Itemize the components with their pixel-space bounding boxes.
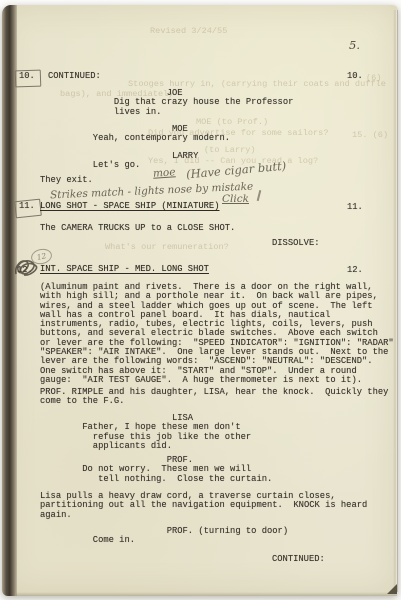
dialogue-lisa: LISA Father, I hope these men don't refu… [40,414,251,451]
handwritten-page-number: 5. [349,38,360,52]
action-prof-rimple: PROF. RIMPLE and his daughter, LISA, hea… [40,388,388,407]
scene-10-continued-heading: CONTINUED: [48,72,101,81]
pencil-annotation-click: Click [222,193,249,205]
action-lisa-curtain: Lisa pulls a heavy draw cord, a traverse… [40,492,367,520]
scene-11-right-number: 11. [347,203,363,212]
folded-corner [387,584,397,594]
ghost-line: 15. (6) [352,131,388,140]
ghost-line: (to Larry) [204,146,256,155]
scene-12-right-number: 12. [347,266,363,275]
page-edge-bottom [16,592,397,596]
ghost-line: What's our remuneration? [105,243,229,252]
screenshot-stage: Revised 3/24/55 Stooges hurry in, (carry… [0,0,401,600]
pencil-annotation-moe: moe [153,166,176,180]
dialogue-prof-come-in: PROF. (turning to door) Come in. [40,527,288,546]
book-spine-shadow [2,5,17,596]
scene-10-left-number: 10. [19,72,35,81]
transition-dissolve: DISSOLVE: [272,239,320,248]
action-camera: The CAMERA TRUCKS UP to a CLOSE SHOT. [40,224,235,233]
page-edge-right [393,10,398,592]
scene-10-right-number: 10. [347,72,363,81]
scene-11-heading: LONG SHOT - SPACE SHIP (MINIATURE) [40,202,220,211]
scene-12-heading: INT. SPACE SHIP - MED. LONG SHOT [40,265,209,274]
dialogue-moe: MOE Yeah, contemporary modern. [40,125,230,144]
footer-continued: CONTINUED: [272,555,325,564]
ghost-revised-date: Revised 3/24/55 [150,27,227,36]
scene-12-set-description: (Aluminum paint and rivets. There is a d… [40,283,394,385]
dialogue-joe: JOE Dig that crazy house the Professor l… [40,89,293,117]
scene-11-left-number: 11. [19,202,35,211]
dialogue-prof: PROF. Do not worry. These men we will te… [40,456,272,484]
action-they-exit: They exit. [40,176,93,185]
ghost-line: (6) [366,74,381,83]
